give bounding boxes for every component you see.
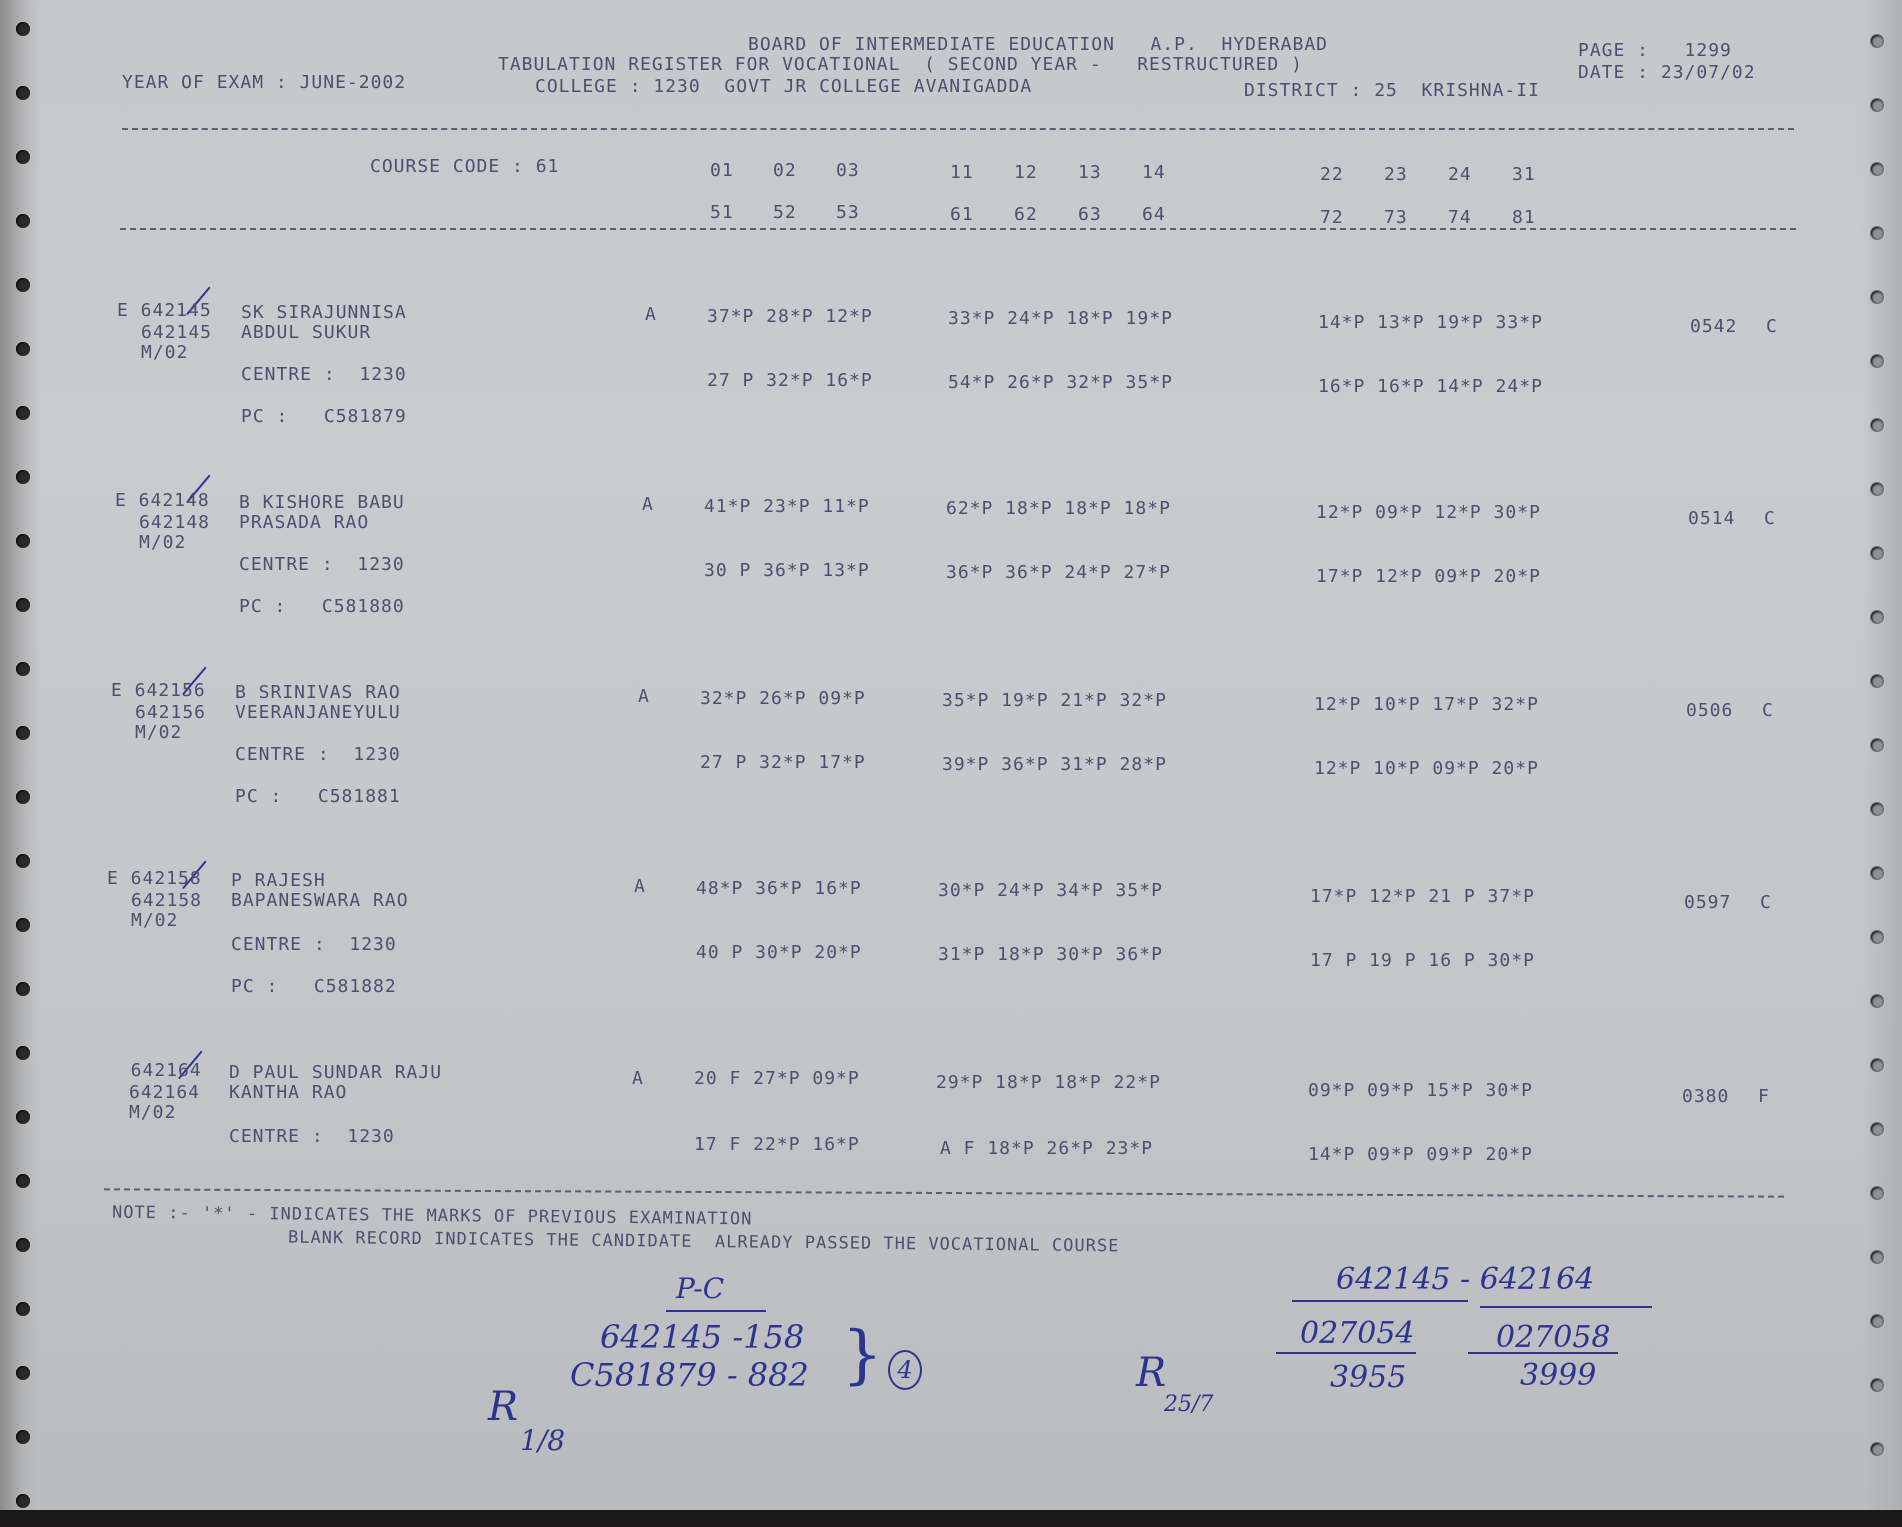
feed-hole-icon [16, 1110, 30, 1124]
medium: A [632, 1068, 644, 1089]
centre: CENTRE : 1230 [231, 934, 397, 955]
hw-roll-range: 642145 - 642164 [1336, 1262, 1594, 1297]
result: C [1762, 700, 1774, 721]
feed-hole-icon [1870, 1122, 1884, 1136]
hw-underline [1468, 1352, 1618, 1354]
feed-hole-icon [16, 1366, 30, 1380]
student-name: SK SIRAJUNNISA [241, 302, 407, 323]
feed-hole-icon [16, 470, 30, 484]
feed-hole-icon [16, 790, 30, 804]
marks-group2-row2: 54*P 26*P 32*P 35*P [948, 372, 1173, 393]
feed-hole-icon [1870, 1250, 1884, 1264]
hw-date: 25/7 [1164, 1392, 1213, 1417]
marks-group1-row2: 30 P 36*P 13*P [704, 560, 870, 581]
hall-ticket: E 642158 [107, 868, 202, 889]
feed-hole-icon [16, 598, 30, 612]
medium: A [642, 494, 654, 515]
centre: CENTRE : 1230 [239, 554, 405, 575]
session: M/02 [135, 722, 182, 743]
marks-group2-row1: 29*P 18*P 18*P 22*P [936, 1072, 1161, 1093]
feed-hole-icon [1870, 162, 1884, 176]
feed-hole-icon [16, 854, 30, 868]
feed-hole-icon [16, 1302, 30, 1316]
feed-hole-icon [1870, 34, 1884, 48]
marks-group3-row2: 17*P 12*P 09*P 20*P [1316, 566, 1541, 587]
session: M/02 [141, 342, 188, 363]
reg-number: 642164 [129, 1082, 200, 1103]
marks-group2-row2: 31*P 18*P 30*P 36*P [938, 944, 1163, 965]
hw-underline [1480, 1306, 1652, 1308]
total-marks: 0514 [1688, 508, 1735, 529]
father-name: VEERANJANEYULU [235, 702, 401, 723]
feed-hole-icon [1870, 226, 1884, 240]
feed-hole-icon [16, 918, 30, 932]
feed-hole-icon [1870, 546, 1884, 560]
result: F [1758, 1086, 1770, 1107]
marks-group3-row2: 12*P 10*P 09*P 20*P [1314, 758, 1539, 779]
marks-group3-row2: 16*P 16*P 14*P 24*P [1318, 376, 1543, 397]
marks-group2-row2: 39*P 36*P 31*P 28*P [942, 754, 1167, 775]
feed-hole-icon [1870, 1378, 1884, 1392]
feed-hole-icon [1870, 482, 1884, 496]
feed-hole-icon [1870, 866, 1884, 880]
session: M/02 [131, 910, 178, 931]
feed-hole-icon [16, 214, 30, 228]
tractor-feed-right [1862, 0, 1902, 1510]
feed-hole-icon [1870, 738, 1884, 752]
marks-group1-row1: 48*P 36*P 16*P [696, 878, 862, 899]
board-title: BOARD OF INTERMEDIATE EDUCATION A.P. HYD… [748, 34, 1328, 55]
feed-hole-icon [1870, 1058, 1884, 1072]
medium: A [634, 876, 646, 897]
marks-group2-row2: 36*P 36*P 24*P 27*P [946, 562, 1171, 583]
father-name: KANTHA RAO [229, 1082, 347, 1103]
marks-group3-row1: 14*P 13*P 19*P 33*P [1318, 312, 1543, 333]
marks-group1-row1: 32*P 26*P 09*P [700, 688, 866, 709]
feed-hole-icon [16, 22, 30, 36]
tabulation-register-page: BOARD OF INTERMEDIATE EDUCATION A.P. HYD… [0, 0, 1902, 1510]
register-title: TABULATION REGISTER FOR VOCATIONAL ( SEC… [498, 54, 1303, 75]
feed-hole-icon [16, 534, 30, 548]
father-name: BAPANESWARA RAO [231, 890, 409, 911]
pc-number: PC : C581880 [239, 596, 405, 617]
divider [122, 128, 1794, 130]
feed-hole-icon [1870, 802, 1884, 816]
total-marks: 0380 [1682, 1086, 1729, 1107]
medium: A [638, 686, 650, 707]
feed-hole-icon [16, 662, 30, 676]
marks-group3-row1: 09*P 09*P 15*P 30*P [1308, 1080, 1533, 1101]
feed-hole-icon [16, 726, 30, 740]
centre: CENTRE : 1230 [241, 364, 407, 385]
marks-group2-row1: 30*P 24*P 34*P 35*P [938, 880, 1163, 901]
marks-group1-row2: 17 F 22*P 16*P [694, 1134, 860, 1155]
hw-heading: P-C [676, 1272, 724, 1305]
feed-hole-icon [16, 406, 30, 420]
feed-hole-icon [16, 278, 30, 292]
reg-number: 642148 [139, 512, 210, 533]
marks-group1-row2: 40 P 30*P 20*P [696, 942, 862, 963]
hw-date: 1/8 [520, 1424, 565, 1457]
pc-number: PC : C581879 [241, 406, 407, 427]
father-name: ABDUL SUKUR [241, 322, 371, 343]
marks-group1-row2: 27 P 32*P 17*P [700, 752, 866, 773]
course-code: COURSE CODE : 61 [370, 156, 559, 177]
student-name: D PAUL SUNDAR RAJU [229, 1062, 442, 1083]
marks-group2-row2: A F 18*P 26*P 23*P [940, 1138, 1153, 1159]
hw-underline [666, 1310, 766, 1312]
hall-ticket: E 642156 [111, 680, 206, 701]
hw-pc-range: C581879 - 882 [570, 1356, 809, 1394]
college-info: COLLEGE : 1230 GOVT JR COLLEGE AVANIGADD… [535, 76, 1032, 97]
marks-group3-row1: 12*P 09*P 12*P 30*P [1316, 502, 1541, 523]
total-marks: 0506 [1686, 700, 1733, 721]
hw-underline [1292, 1300, 1468, 1302]
feed-hole-icon [16, 1494, 30, 1508]
student-name: P RAJESH [231, 870, 326, 891]
reg-number: 642158 [131, 890, 202, 911]
centre: CENTRE : 1230 [235, 744, 401, 765]
feed-hole-icon [1870, 674, 1884, 688]
marks-group2-row1: 62*P 18*P 18*P 18*P [946, 498, 1171, 519]
hw-count: 4 [888, 1350, 922, 1390]
year-of-exam: YEAR OF EXAM : JUNE-2002 [122, 72, 406, 93]
result: C [1760, 892, 1772, 913]
feed-hole-icon [16, 1430, 30, 1444]
hall-ticket: 642164 [107, 1060, 202, 1081]
session: M/02 [129, 1102, 176, 1123]
hall-ticket: E 642148 [115, 490, 210, 511]
divider [120, 228, 1796, 230]
note-line-1: NOTE :- '*' - INDICATES THE MARKS OF PRE… [112, 1203, 753, 1230]
feed-hole-icon [1870, 290, 1884, 304]
medium: A [645, 304, 657, 325]
reg-number: 642156 [135, 702, 206, 723]
note-line-2: BLANK RECORD INDICATES THE CANDIDATE ALR… [288, 1228, 1120, 1257]
hw-left-number: 027054 [1300, 1316, 1415, 1351]
feed-hole-icon [1870, 994, 1884, 1008]
session: M/02 [139, 532, 186, 553]
marks-group1-row1: 37*P 28*P 12*P [707, 306, 873, 327]
feed-hole-icon [16, 982, 30, 996]
marks-group3-row1: 12*P 10*P 17*P 32*P [1314, 694, 1539, 715]
hw-right-result: 3999 [1520, 1358, 1596, 1393]
hall-ticket: E 642145 [117, 300, 212, 321]
print-date: DATE : 23/07/02 [1578, 62, 1756, 83]
feed-hole-icon [1870, 1186, 1884, 1200]
feed-hole-icon [16, 86, 30, 100]
marks-group1-row2: 27 P 32*P 16*P [707, 370, 873, 391]
hw-left-result: 3955 [1330, 1360, 1406, 1395]
marks-group2-row1: 33*P 24*P 18*P 19*P [948, 308, 1173, 329]
feed-hole-icon [1870, 930, 1884, 944]
result: C [1764, 508, 1776, 529]
hw-roll-range: 642145 -158 [600, 1318, 804, 1356]
pc-number: PC : C581882 [231, 976, 397, 997]
result: C [1766, 316, 1778, 337]
district-info: DISTRICT : 25 KRISHNA-II [1244, 80, 1540, 101]
page-number: PAGE : 1299 [1578, 40, 1732, 61]
feed-hole-icon [1870, 354, 1884, 368]
student-name: B SRINIVAS RAO [235, 682, 401, 703]
feed-hole-icon [16, 1174, 30, 1188]
hw-underline [1276, 1352, 1416, 1354]
total-marks: 0597 [1684, 892, 1731, 913]
feed-hole-icon [1870, 1314, 1884, 1328]
marks-group3-row2: 17 P 19 P 16 P 30*P [1310, 950, 1535, 971]
feed-hole-icon [1870, 418, 1884, 432]
reg-number: 642145 [141, 322, 212, 343]
feed-hole-icon [1870, 1442, 1884, 1456]
hw-initials: R [1136, 1350, 1166, 1396]
hw-initials: R [488, 1384, 518, 1430]
student-name: B KISHORE BABU [239, 492, 405, 513]
tractor-feed-left [0, 0, 40, 1510]
feed-hole-icon [16, 1238, 30, 1252]
total-marks: 0542 [1690, 316, 1737, 337]
feed-hole-icon [16, 150, 30, 164]
pc-number: PC : C581881 [235, 786, 401, 807]
hw-right-number: 027058 [1496, 1320, 1611, 1355]
feed-hole-icon [16, 342, 30, 356]
marks-group3-row2: 14*P 09*P 09*P 20*P [1308, 1144, 1533, 1165]
marks-group2-row1: 35*P 19*P 21*P 32*P [942, 690, 1167, 711]
centre: CENTRE : 1230 [229, 1126, 395, 1147]
marks-group1-row1: 20 F 27*P 09*P [694, 1068, 860, 1089]
feed-hole-icon [1870, 98, 1884, 112]
marks-group1-row1: 41*P 23*P 11*P [704, 496, 870, 517]
feed-hole-icon [1870, 610, 1884, 624]
divider [104, 1188, 1784, 1197]
marks-group3-row1: 17*P 12*P 21 P 37*P [1310, 886, 1535, 907]
hw-brace: } [842, 1318, 883, 1392]
feed-hole-icon [16, 1046, 30, 1060]
father-name: PRASADA RAO [239, 512, 369, 533]
